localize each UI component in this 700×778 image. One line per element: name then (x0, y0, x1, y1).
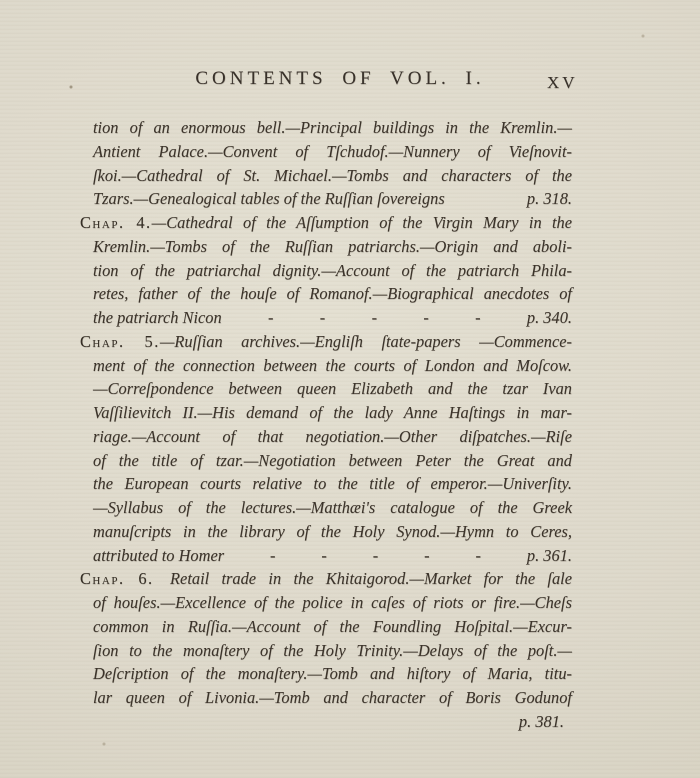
toc-line: the patriarch Nicon-----p. 340. (80, 306, 572, 330)
chapter-label: Chap. 6. (80, 569, 154, 588)
toc-line: attributed to Homer-----p. 361. (80, 544, 572, 568)
toc-line-text: ſkoi.—Cathedral of St. Michael.—Tombs an… (93, 166, 572, 185)
book-page-scan: CONTENTS OF VOL. I. XV tion of an enormo… (0, 0, 700, 778)
toc-line: Antient Palace.—Convent of Tſchudof.—Nun… (80, 140, 572, 164)
toc-line-text: Tzars.—Genealogical tables of the Ruſſia… (93, 187, 445, 211)
leader-dash: - (268, 306, 273, 330)
toc-line: retes, father of the houſe of Romanof.—B… (80, 282, 572, 306)
toc-line: ſion to the monaſtery of the Holy Trinit… (80, 639, 572, 663)
toc-line: —Syllabus of the lectures.—Matthæi's cat… (80, 496, 572, 520)
page-title: CONTENTS OF VOL. I. (90, 68, 590, 90)
toc-line: Tzars.—Genealogical tables of the Ruſſia… (80, 187, 572, 211)
toc-line-text: Retail trade in the Khitaigorod.—Market … (154, 569, 572, 588)
toc-line: ment of the connection between the court… (80, 354, 572, 378)
toc-line: riage.—Account of that negotiation.—Othe… (80, 425, 572, 449)
leader-dash: - (373, 544, 378, 568)
toc-line: tion of an enormous bell.—Principal buil… (80, 116, 572, 140)
toc-line-text: Antient Palace.—Convent of Tſchudof.—Nun… (93, 142, 572, 161)
toc-line: Kremlin.—Tombs of the Ruſſian patriarchs… (80, 235, 572, 259)
page-reference: p. 318. (527, 187, 572, 211)
toc-line: lar queen of Livonia.—Tomb and character… (80, 686, 572, 710)
leader-dash: - (424, 544, 429, 568)
toc-line-text: lar queen of Livonia.—Tomb and character… (93, 688, 572, 707)
toc-line: of the title of tzar.—Negotiation betwee… (80, 449, 572, 473)
leader-dash: - (270, 544, 275, 568)
toc-line-text: the patriarch Nicon (93, 306, 222, 330)
leader-dash: - (372, 306, 377, 330)
toc-line-text: —Syllabus of the lectures.—Matthæi's cat… (93, 498, 572, 517)
toc-line-text: retes, father of the houſe of Romanof.—B… (93, 284, 572, 303)
toc-line-text: —Cathedral of the Aſſumption of the Virg… (152, 213, 572, 232)
page-reference: p. 340. (527, 306, 572, 330)
leader-dash: - (423, 306, 428, 330)
toc-line-text: of houſes.—Excellence of the police in c… (93, 593, 572, 612)
page-number: XV (547, 73, 578, 93)
toc-line-text: Deſcription of the monaſtery.—Tomb and h… (93, 664, 572, 683)
toc-line-text: of the title of tzar.—Negotiation betwee… (93, 451, 572, 470)
toc-line-text: —Ruſſian archives.—Engliſh ſtate-papers … (160, 332, 572, 351)
leader-dash: - (475, 306, 480, 330)
page-reference: p. 381. (519, 712, 564, 731)
toc-line: Deſcription of the monaſtery.—Tomb and h… (80, 662, 572, 686)
chapter-label: Chap. 4. (80, 213, 152, 232)
toc-line-text: the European courts relative to the titl… (93, 474, 572, 493)
toc-line-text: Vaſſilievitch II.—His demand of the lady… (93, 403, 572, 422)
toc-line: common in Ruſſia.—Account of the Foundli… (80, 615, 572, 639)
toc-line-text: Kremlin.—Tombs of the Ruſſian patriarchs… (93, 237, 572, 256)
toc-line: Vaſſilievitch II.—His demand of the lady… (80, 401, 572, 425)
toc-line-text: riage.—Account of that negotiation.—Othe… (93, 427, 572, 446)
toc-line: tion of the patriarchal dignity.—Account… (80, 259, 572, 283)
toc-line: manuſcripts in the library of the Holy S… (80, 520, 572, 544)
toc-line-text: attributed to Homer (93, 544, 224, 568)
toc-chapter-line: Chap. 4.—Cathedral of the Aſſumption of … (80, 211, 572, 235)
toc-chapter-line: Chap. 6. Retail trade in the Khitaigorod… (80, 567, 572, 591)
toc-line-text: ment of the connection between the court… (93, 356, 572, 375)
leader-dash: - (476, 544, 481, 568)
leader-dash: - (320, 306, 325, 330)
toc-line: of houſes.—Excellence of the police in c… (80, 591, 572, 615)
toc-body: tion of an enormous bell.—Principal buil… (80, 116, 572, 734)
toc-line-text: tion of the patriarchal dignity.—Account… (93, 261, 572, 280)
toc-line: the European courts relative to the titl… (80, 472, 572, 496)
page-reference: p. 361. (527, 544, 572, 568)
toc-line: p. 381. (80, 710, 572, 734)
toc-line-text: ſion to the monaſtery of the Holy Trinit… (93, 641, 572, 660)
toc-line-text: common in Ruſſia.—Account of the Foundli… (93, 617, 572, 636)
toc-line-text: —Correſpondence between queen Elizabeth … (93, 379, 572, 398)
chapter-label: Chap. 5. (80, 332, 160, 351)
toc-line: ſkoi.—Cathedral of St. Michael.—Tombs an… (80, 164, 572, 188)
toc-line-text: tion of an enormous bell.—Principal buil… (93, 118, 572, 137)
leader-dash: - (321, 544, 326, 568)
toc-chapter-line: Chap. 5.—Ruſſian archives.—Engliſh ſtate… (80, 330, 572, 354)
toc-line: —Correſpondence between queen Elizabeth … (80, 377, 572, 401)
toc-line-text: manuſcripts in the library of the Holy S… (93, 522, 572, 541)
